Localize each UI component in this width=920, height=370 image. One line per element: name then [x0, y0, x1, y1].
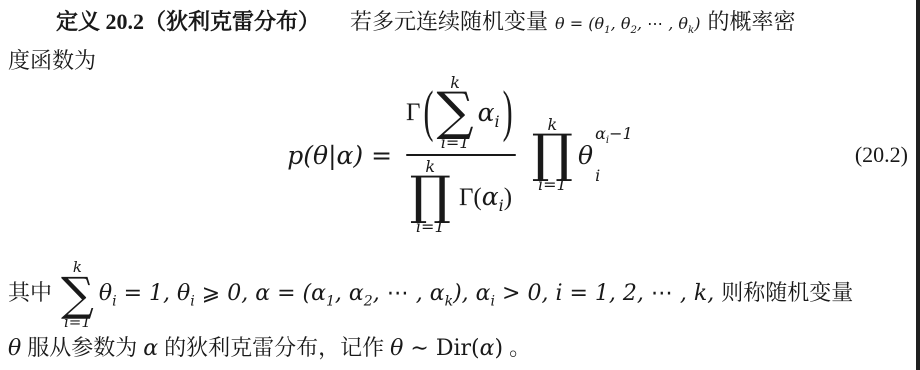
product-operator-denominator: k ∏ i=1 [410, 158, 451, 236]
dirichlet-pdf-formula: p(θ|α) = Γ ( k ∑ i=1 αi ) k [287, 74, 632, 237]
fraction-denominator: k ∏ i=1 Γ(αi) [410, 158, 513, 236]
prod-lower-limit: i=1 [416, 218, 445, 236]
exponent-alpha-i-minus-1: αi−1 [595, 126, 633, 142]
full-stop: 。 [509, 335, 531, 360]
fraction-bar [406, 154, 516, 156]
pdf-left-hand-side: p(θ|α) = [287, 141, 392, 170]
definition-paragraph-line1: 定义 20.2（狄利克雷分布）若多元连续随机变量θ = (θ1, θ2, ⋯ ,… [8, 6, 796, 41]
alpha-symbol: α [143, 336, 158, 361]
pi-product-icon: ∏ [532, 134, 573, 176]
distribution-name-text: 的狄利克雷分布，记作 [164, 335, 384, 360]
theta-power-term: θ αi−1 i [578, 126, 633, 184]
sum-lower-limit: i=1 [441, 134, 470, 152]
conclusion-lead-text: 则称随机变量 [721, 280, 853, 305]
fraction: Γ ( k ∑ i=1 αi ) k ∏ i=1 [406, 74, 516, 237]
theta-sup-sub-stack: αi−1 i [595, 126, 633, 184]
fraction-numerator: Γ ( k ∑ i=1 αi ) [406, 74, 516, 152]
condition-alpha-positive: αi > 0, [476, 281, 549, 306]
gamma-function-symbol: Γ [406, 99, 420, 127]
big-open-paren: ( [424, 81, 434, 146]
equation-number: (20.2) [855, 142, 908, 168]
summation-operator-inline: k∑i=1 [61, 259, 94, 331]
conditions-line: 其中k∑i=1θi = 1,θi ⩾ 0,α = (α1, α2, ⋯ , αk… [8, 252, 853, 335]
sigma-icon: ∑ [437, 92, 474, 134]
condition-index-range: i = 1, 2, ⋯ , k, [555, 281, 714, 306]
theta-vector-expression: θ = (θ1, θ2, ⋯ , θk) [555, 14, 700, 33]
theta-symbol: θ [8, 336, 21, 361]
condition-theta-nonnegative: θi ⩾ 0, [177, 281, 248, 306]
conclusion-line: θ服从参数为α的狄利克雷分布，记作θ ∼ Dir(α)。 [8, 334, 531, 363]
theta-index: i [595, 168, 633, 184]
follows-parameter-text: 服从参数为 [27, 335, 137, 360]
summation-operator: k ∑ i=1 [437, 74, 474, 152]
big-close-paren: ) [503, 81, 513, 146]
textbook-page: 定义 20.2（狄利克雷分布）若多元连续随机变量θ = (θ1, θ2, ⋯ ,… [0, 0, 920, 370]
condition-theta-sum: θi = 1, [99, 281, 170, 306]
dir-notation: θ ∼ Dir(α) [390, 336, 503, 361]
definition-intro-text: 若多元连续随机变量 [350, 9, 548, 34]
theta-base: θ [578, 141, 593, 170]
definition-heading: 定义 20.2（狄利克雷分布） [56, 9, 320, 34]
gamma-alpha-i-term: Γ(αi) [459, 182, 512, 212]
display-equation-block: p(θ|α) = Γ ( k ∑ i=1 αi ) k [0, 72, 920, 238]
product-operator-main: k ∏ i=1 [532, 116, 573, 194]
inline-sum-lower-limit: i=1 [64, 314, 91, 331]
alpha-i-term: αi [478, 98, 500, 127]
main-prod-lower-limit: i=1 [538, 176, 567, 194]
sigma-icon: ∑ [61, 276, 94, 314]
pi-product-icon: ∏ [410, 176, 451, 218]
condition-alpha-vector: α = (α1, α2, ⋯ , αk), [255, 281, 468, 306]
lead-text: 其中 [8, 280, 52, 305]
definition-tail-text: 的概率密 [707, 9, 795, 34]
